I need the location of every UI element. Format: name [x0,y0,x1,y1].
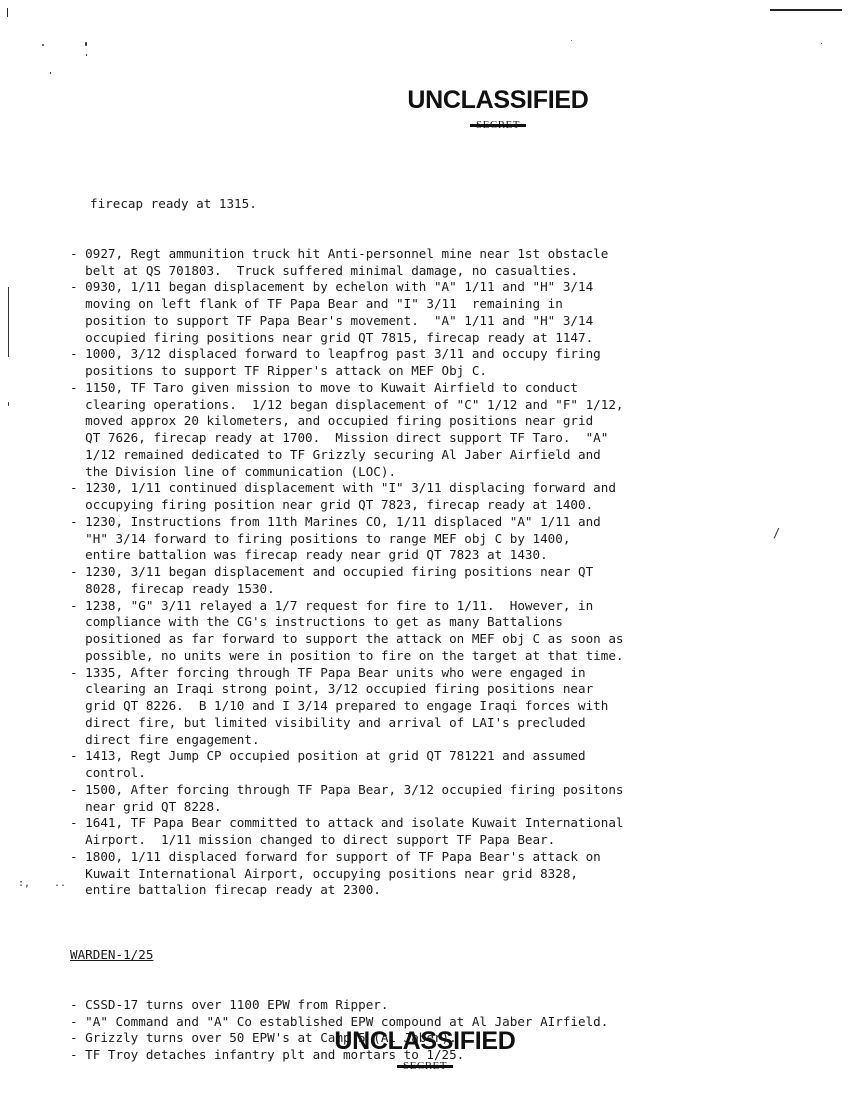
struck-classification-label: SECRET [476,119,520,131]
log-entry-line: positioned as far forward to support the… [70,631,830,648]
scan-speck [86,54,87,56]
struck-classification-label: SECRET [403,1060,447,1072]
log-entry: - 1230, Instructions from 11th Marines C… [70,514,830,564]
log-entry-line: QT 7626, firecap ready at 1700. Mission … [70,430,830,447]
log-entry-line: Kuwait International Airport, occupying … [70,866,830,883]
log-entry-line: - 1641, TF Papa Bear committed to attack… [70,815,830,832]
log-entry-line: - 1500, After forcing through TF Papa Be… [70,782,830,799]
log-entry-line: direct fire, but limited visibility and … [70,715,830,732]
scan-speck [85,42,87,46]
log-entry-line: - 1230, 3/11 began displacement and occu… [70,564,830,581]
log-entry: - 1500, After forcing through TF Papa Be… [70,782,830,816]
section-heading: WARDEN-1/25 [70,947,830,964]
log-entry: - 1335, After forcing through TF Papa Be… [70,665,830,749]
change-bar [8,287,9,357]
log-entry-line: occupying firing position near grid QT 7… [70,497,830,514]
event-log: - 0927, Regt ammunition truck hit Anti-p… [70,246,830,899]
document-body: firecap ready at 1315. - 0927, Regt ammu… [70,162,830,1081]
margin-annotation: :, [18,878,30,889]
log-entry: - 1413, Regt Jump CP occupied position a… [70,748,830,782]
log-entry-line: moving on left flank of TF Papa Bear and… [70,296,830,313]
log-entry-line: grid QT 8226. B 1/10 and I 3/14 prepared… [70,698,830,715]
margin-annotation: .. [54,878,66,889]
log-entry-line: - 0927, Regt ammunition truck hit Anti-p… [70,246,830,263]
log-entry-line: clearing operations. 1/12 began displace… [70,397,830,414]
log-entry-line: 1/12 remained dedicated to TF Grizzly se… [70,447,830,464]
log-entry: - 0927, Regt ammunition truck hit Anti-p… [70,246,830,280]
log-entry: - 1800, 1/11 displaced forward for suppo… [70,849,830,899]
log-entry: - 1641, TF Papa Bear committed to attack… [70,815,830,849]
log-entry-line: compliance with the CG's instructions to… [70,614,830,631]
log-entry-line: - 1000, 3/12 displaced forward to leapfr… [70,346,830,363]
log-entry-line: possible, no units were in position to f… [70,648,830,665]
log-entry-line: the Division line of communication (LOC)… [70,464,830,481]
log-entry: - 1150, TF Taro given mission to move to… [70,380,830,481]
log-entry-line: - 1335, After forcing through TF Papa Be… [70,665,830,682]
log-entry: - 1238, "G" 3/11 relayed a 1/7 request f… [70,598,830,665]
log-entry-line: - 1230, 1/11 continued displacement with… [70,480,830,497]
scan-speck [821,43,822,44]
scan-speck [50,72,51,74]
classification-label: UNCLASSIFIED [0,1027,850,1056]
lead-in-line: firecap ready at 1315. [70,196,830,213]
log-entry-line: "H" 3/14 forward to firing positions to … [70,531,830,548]
log-entry-line: direct fire engagement. [70,732,830,749]
log-entry: - 1000, 3/12 displaced forward to leapfr… [70,346,830,380]
log-entry-line: position to support TF Papa Bear's movem… [70,313,830,330]
classification-label: UNCLASSIFIED [146,86,850,115]
log-entry-line: positions to support TF Ripper's attack … [70,363,830,380]
log-entry-line: clearing an Iraqi strong point, 3/12 occ… [70,681,830,698]
log-entry: - 1230, 1/11 continued displacement with… [70,480,830,514]
log-entry-line: entire battalion firecap ready at 2300. [70,882,830,899]
log-entry-line: entire battalion was firecap ready near … [70,547,830,564]
log-entry-line: - 1413, Regt Jump CP occupied position a… [70,748,830,765]
log-entry-line: near grid QT 8228. [70,799,830,816]
log-entry-line: moved approx 20 kilometers, and occupied… [70,413,830,430]
scan-artifact-rule [770,9,842,11]
log-entry-line: 8028, firecap ready 1530. [70,581,830,598]
log-entry-line: belt at QS 701803. Truck suffered minima… [70,263,830,280]
log-entry: - 0930, 1/11 began displacement by echel… [70,279,830,346]
log-entry-line: - 1238, "G" 3/11 relayed a 1/7 request f… [70,598,830,615]
log-entry-line: control. [70,765,830,782]
log-entry-line: - 1800, 1/11 displaced forward for suppo… [70,849,830,866]
section-item: - CSSD-17 turns over 1100 EPW from Rippe… [70,997,830,1014]
log-entry-line: Airport. 1/11 mission changed to direct … [70,832,830,849]
scan-speck [8,402,9,406]
classification-header: UNCLASSIFIED SECRET [0,86,850,133]
scan-speck [42,44,44,46]
log-entry-line: - 1230, Instructions from 11th Marines C… [70,514,830,531]
log-entry-line: - 1150, TF Taro given mission to move to… [70,380,830,397]
log-entry-line: - 0930, 1/11 began displacement by echel… [70,279,830,296]
log-entry: - 1230, 3/11 began displacement and occu… [70,564,830,598]
scan-artifact-tick [7,8,8,17]
scan-speck [571,40,572,41]
log-entry-line: occupied firing positions near grid QT 7… [70,330,830,347]
classification-footer: UNCLASSIFIED SECRET [0,1027,850,1074]
